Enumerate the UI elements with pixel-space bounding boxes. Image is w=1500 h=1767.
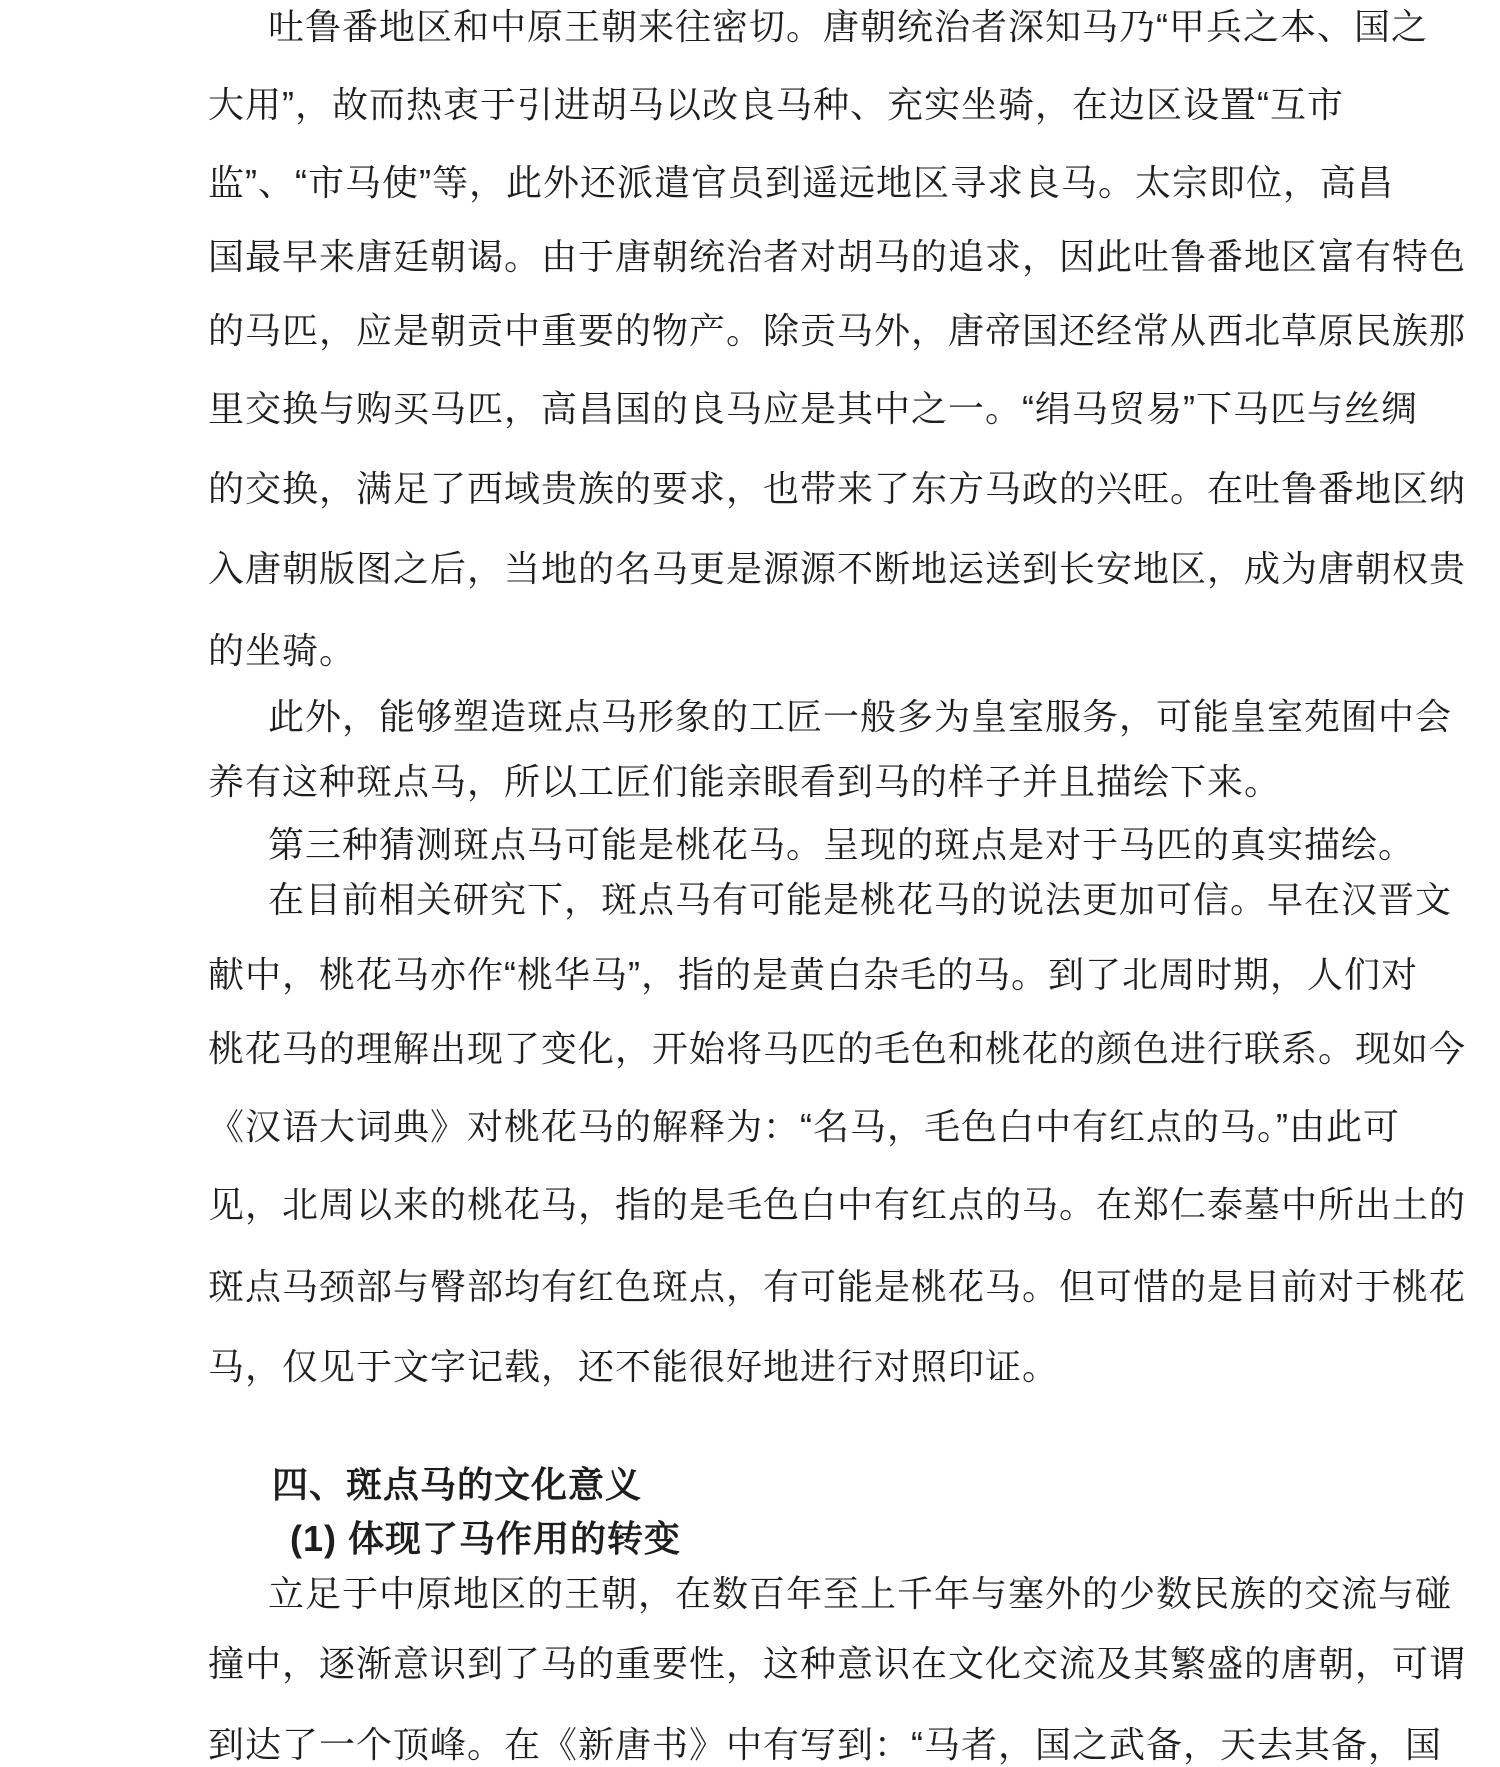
paragraph-line: 养有这种斑点马，所以工匠们能亲眼看到马的样子并且描绘下来。: [208, 760, 1281, 804]
paragraph-line: 献中，桃花马亦作“桃华马”，指的是黄白杂毛的马。到了北周时期，人们对: [208, 953, 1418, 997]
paragraph-line: 撞中，逐渐意识到了马的重要性，这种意识在文化交流及其繁盛的唐朝，可谓: [208, 1642, 1466, 1686]
paragraph-line: 《汉语大词典》对桃花马的解释为：“名马，毛色白中有红点的马。”由此可: [208, 1105, 1400, 1149]
paragraph-line: 斑点马颈部与臀部均有红色斑点，有可能是桃花马。但可惜的是目前对于桃花: [208, 1265, 1466, 1309]
paragraph-line: 在目前相关研究下，斑点马有可能是桃花马的说法更加可信。早在汉晋文: [268, 878, 1452, 922]
paragraph-line: 桃花马的理解出现了变化，开始将马匹的毛色和桃花的颜色进行联系。现如今: [208, 1027, 1466, 1071]
subsection-heading: (1) 体现了马作用的转变: [290, 1517, 681, 1561]
paragraph-line: 此外，能够塑造斑点马形象的工匠一般多为皇室服务，可能皇室苑囿中会: [268, 695, 1452, 739]
paragraph-line: 马，仅见于文字记载，还不能很好地进行对照印证。: [208, 1345, 1059, 1389]
paragraph-line: 监”、“市马使”等，此外还派遣官员到遥远地区寻求良马。太宗即位，高昌: [208, 161, 1394, 205]
paragraph-line: 的马匹，应是朝贡中重要的物产。除贡马外，唐帝国还经常从西北草原民族那: [208, 309, 1466, 353]
paragraph-line: 吐鲁番地区和中原王朝来往密切。唐朝统治者深知马乃“甲兵之本、国之: [268, 5, 1428, 49]
document-page: 吐鲁番地区和中原王朝来往密切。唐朝统治者深知马乃“甲兵之本、国之 大用”，故而热…: [0, 0, 1500, 1767]
paragraph-line: 第三种猜测斑点马可能是桃花马。呈现的斑点是对于马匹的真实描绘。: [268, 823, 1415, 867]
paragraph-line: 大用”，故而热衷于引进胡马以改良马种、充实坐骑，在边区设置“互市: [208, 83, 1344, 127]
paragraph-line: 国最早来唐廷朝谒。由于唐朝统治者对胡马的追求，因此吐鲁番地区富有特色: [208, 235, 1466, 279]
paragraph-line: 的交换，满足了西域贵族的要求，也带来了东方马政的兴旺。在吐鲁番地区纳: [208, 467, 1466, 511]
section-heading: 四、斑点马的文化意义: [272, 1463, 642, 1507]
paragraph-line: 到达了一个顶峰。在《新唐书》中有写到：“马者，国之武备，天去其备，国: [208, 1723, 1442, 1767]
paragraph-line: 里交换与购买马匹，高昌国的良马应是其中之一。“绢马贸易”下马匹与丝绸: [208, 387, 1418, 431]
paragraph-line: 入唐朝版图之后，当地的名马更是源源不断地运送到长安地区，成为唐朝权贵: [208, 547, 1466, 591]
paragraph-line: 的坐骑。: [208, 629, 356, 673]
paragraph-line: 立足于中原地区的王朝，在数百年至上千年与塞外的少数民族的交流与碰: [268, 1572, 1452, 1616]
paragraph-line: 见，北周以来的桃花马，指的是毛色白中有红点的马。在郑仁泰墓中所出土的: [208, 1183, 1466, 1227]
